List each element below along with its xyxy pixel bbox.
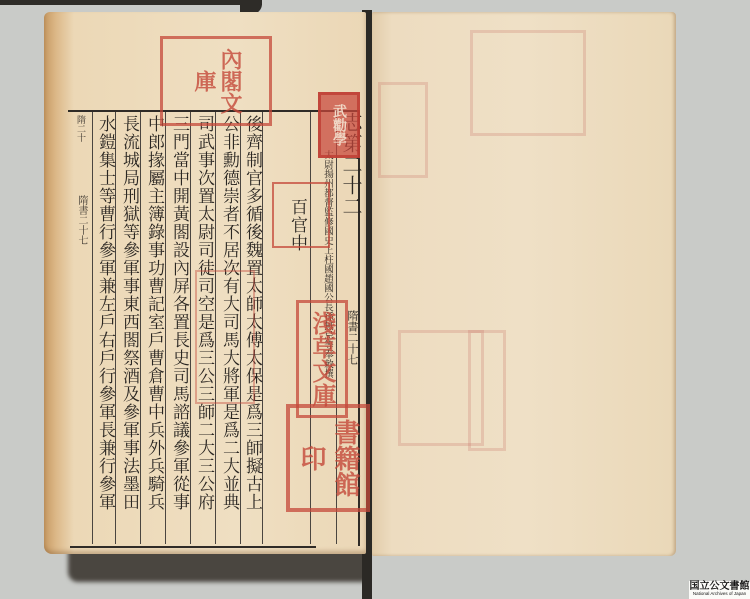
column-rule bbox=[190, 112, 191, 544]
bleed-through-seal bbox=[378, 82, 428, 178]
seal-government-books: 書籍館印 bbox=[286, 404, 370, 512]
fold-label-top: 隋二十 bbox=[74, 115, 87, 142]
bleed-through-seal bbox=[470, 30, 586, 136]
column-rule bbox=[262, 112, 263, 544]
column-rule bbox=[165, 112, 166, 544]
seal-bu-kangaku: 武勸學 bbox=[318, 92, 360, 158]
column-rule bbox=[140, 112, 141, 544]
text-column-6: 長流城局刑獄等參軍事東西閤祭酒及參軍事法墨田 bbox=[119, 115, 139, 511]
bleed-through-seal bbox=[468, 330, 506, 451]
seal-hyakkan bbox=[272, 182, 330, 248]
seal-asakusa-bunko: 淺草文庫 bbox=[296, 300, 348, 418]
column-rule bbox=[92, 112, 93, 544]
text-column-5: 中郎掾屬主簿錄事功曹記室戶曹倉曹中兵外兵騎兵 bbox=[144, 115, 164, 511]
seal-naikaku-bunko: 內閣文庫 bbox=[160, 36, 272, 126]
text-column-4: 三門當中開黃閤設內屏各置長史司馬諮議參軍從事 bbox=[169, 115, 189, 511]
watermark-label-en: National Archives of Japan bbox=[689, 592, 750, 597]
text-column-7: 水鎧集士等曹行參軍兼左戶右戶行參軍長兼行參軍 bbox=[95, 115, 115, 511]
fold-label-bottom: 隋書二十七 bbox=[74, 195, 89, 245]
column-rule bbox=[115, 112, 116, 544]
background-shadow bbox=[0, 0, 262, 5]
text-frame-bottom bbox=[70, 546, 316, 548]
archive-watermark: 国立公文書館 National Archives of Japan bbox=[689, 581, 750, 599]
seal-shoheizaka bbox=[195, 270, 255, 404]
